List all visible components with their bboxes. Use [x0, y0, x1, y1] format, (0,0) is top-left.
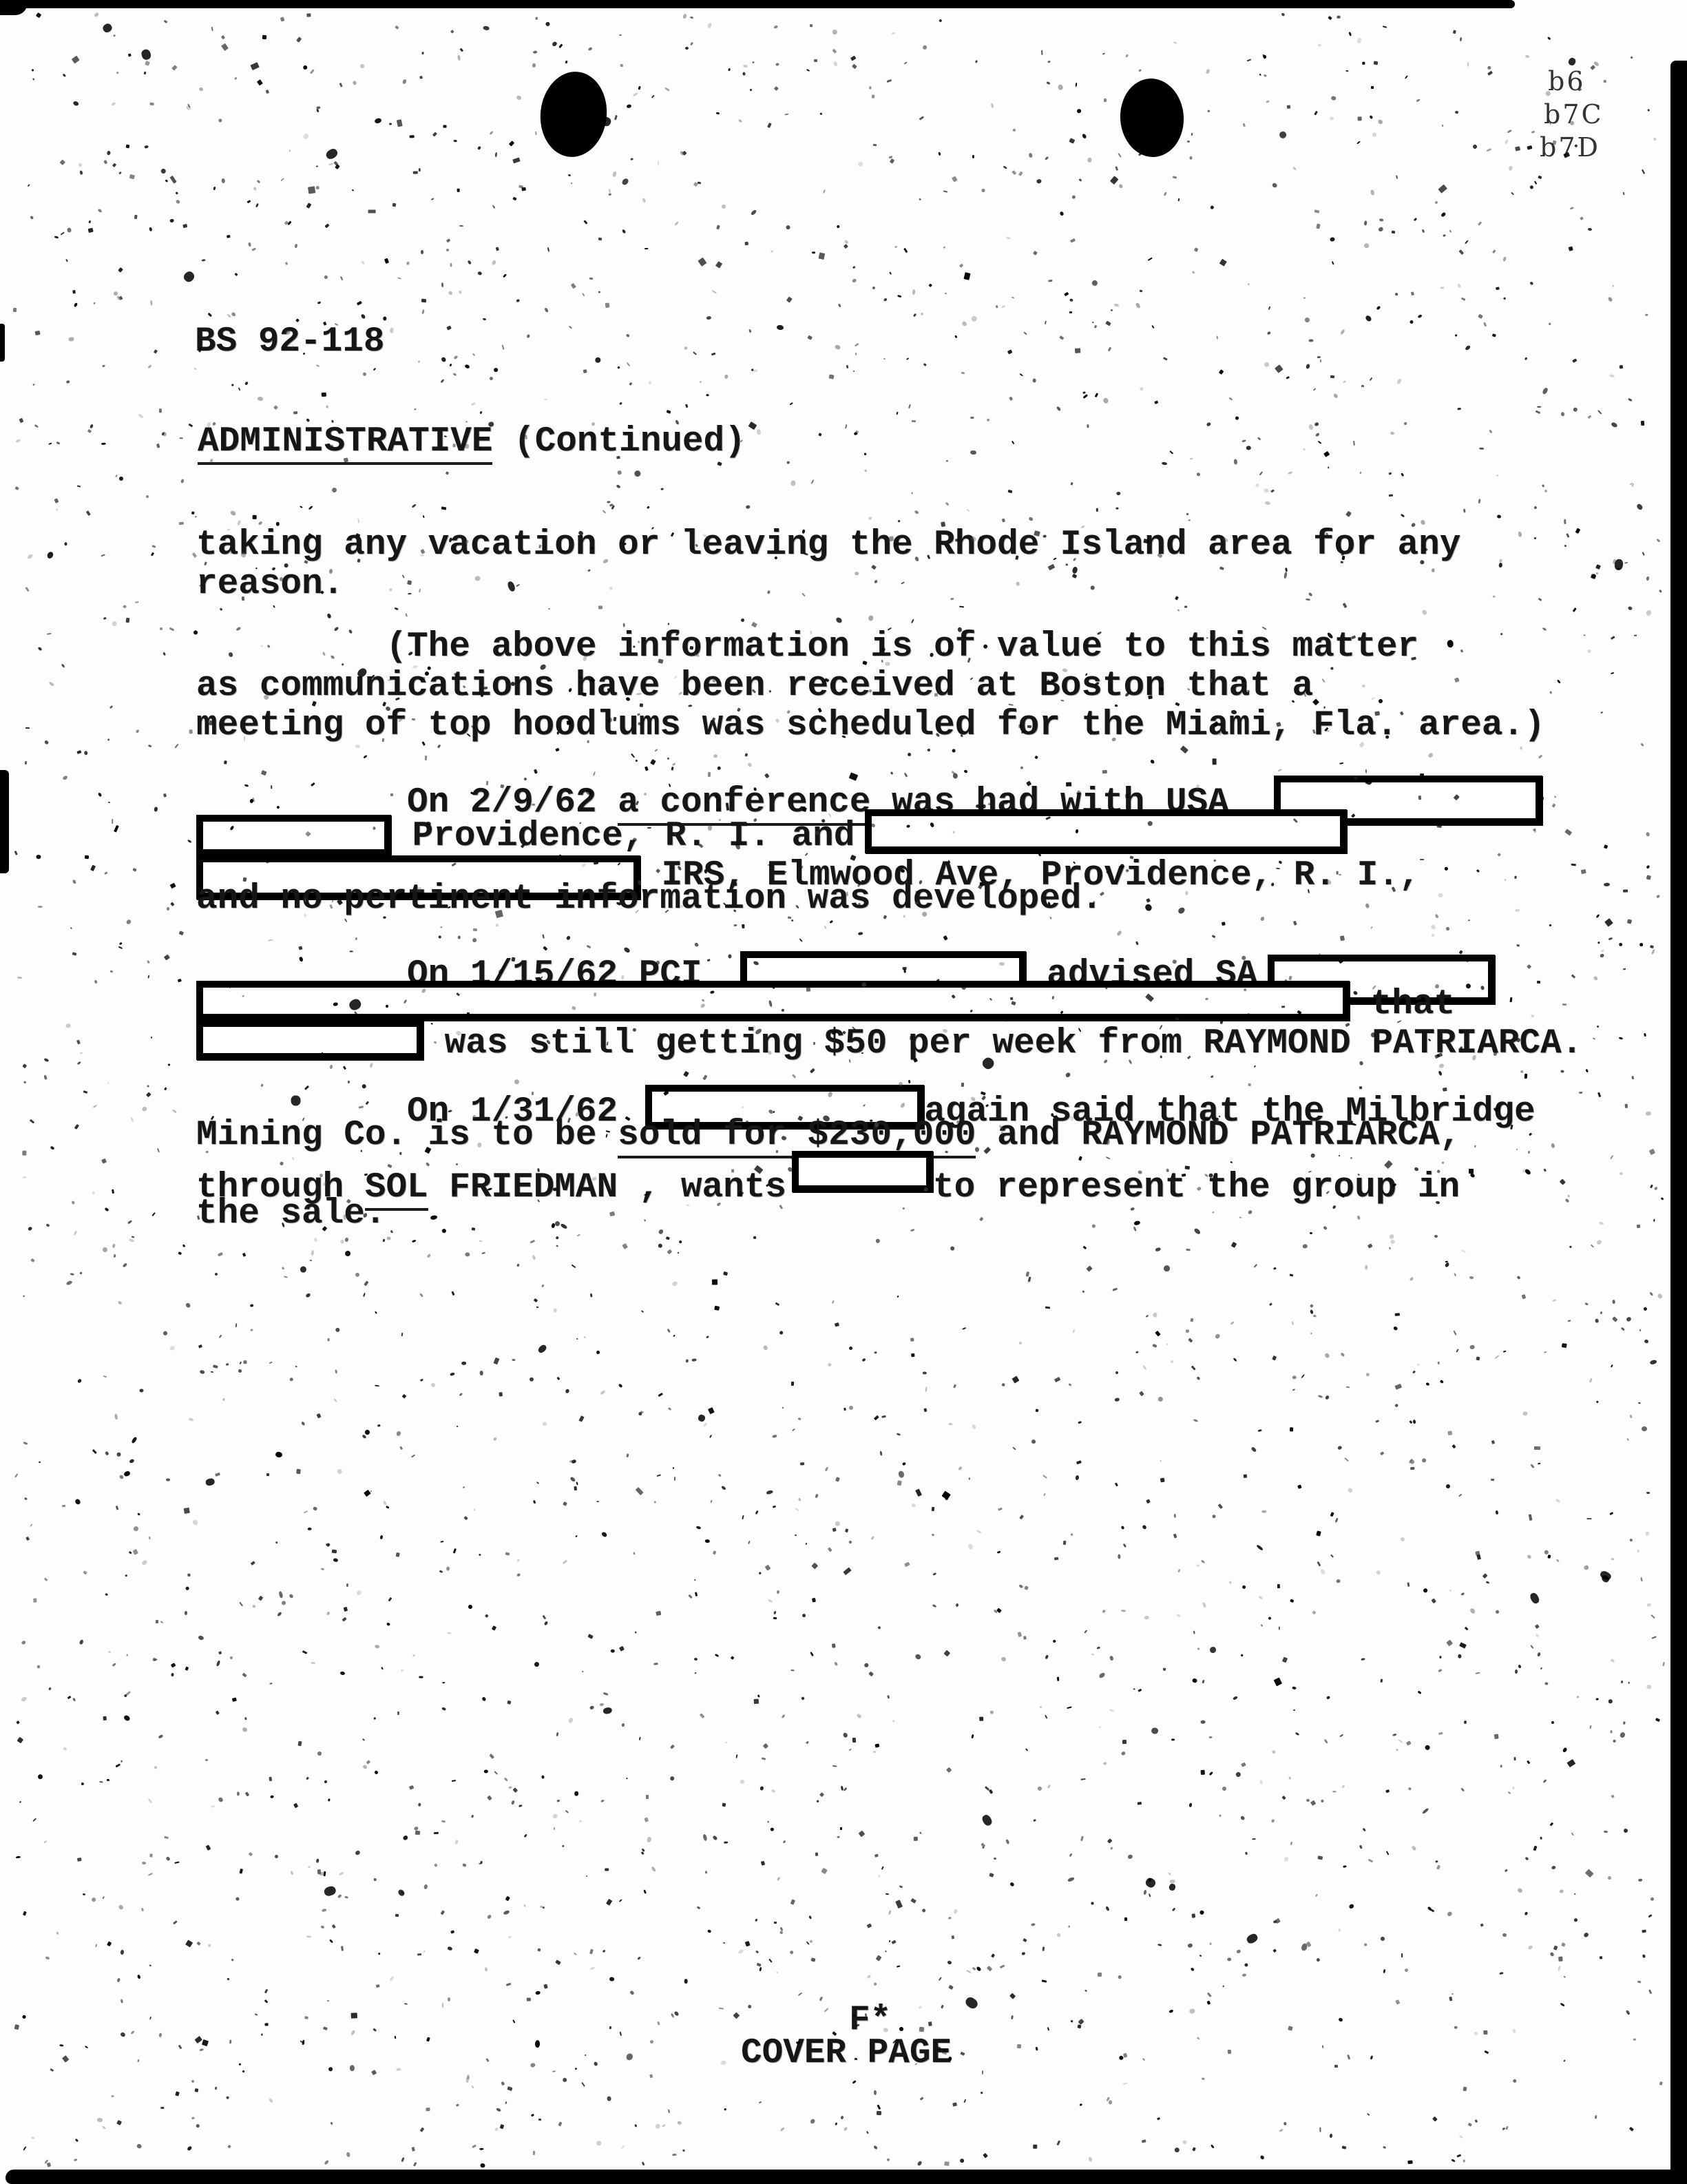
noise-speck [1530, 185, 1534, 189]
noise-speck [1502, 1350, 1506, 1352]
noise-speck [21, 1063, 26, 1068]
noise-speck [419, 2127, 424, 2132]
noise-speck [1540, 1667, 1542, 1670]
noise-speck [518, 185, 523, 188]
noise-speck [466, 2077, 469, 2083]
noise-speck [952, 748, 956, 752]
noise-speck [1215, 1333, 1221, 1340]
noise-speck [707, 1930, 711, 1934]
noise-speck [331, 486, 338, 493]
noise-speck [582, 1671, 584, 1673]
noise-speck [218, 118, 223, 123]
noise-speck [32, 1818, 36, 1822]
noise-speck [572, 1265, 576, 1269]
noise-speck [1662, 1661, 1664, 1665]
noise-speck [1544, 1351, 1547, 1353]
noise-speck [824, 2008, 828, 2013]
noise-speck [506, 580, 516, 592]
noise-speck [770, 1827, 774, 1831]
noise-speck [1529, 1514, 1533, 1521]
noise-speck [402, 79, 407, 84]
noise-speck [1007, 349, 1012, 355]
noise-speck [855, 572, 859, 575]
noise-speck [1500, 633, 1502, 636]
noise-speck [837, 225, 840, 229]
noise-speck [1495, 287, 1499, 290]
noise-speck [1219, 1815, 1222, 1817]
noise-speck [971, 315, 978, 322]
noise-speck [1071, 566, 1078, 574]
noise-speck [107, 1650, 111, 1654]
noise-speck [24, 760, 27, 764]
noise-speck [16, 439, 21, 443]
noise-speck [417, 1953, 421, 1956]
noise-speck [340, 1239, 344, 1243]
noise-speck [1162, 1265, 1171, 1273]
noise-speck [240, 1869, 243, 1874]
noise-speck [144, 145, 148, 148]
noise-speck [1482, 1573, 1487, 1579]
noise-speck [619, 402, 622, 405]
noise-speck [389, 1975, 395, 1982]
noise-speck [423, 1884, 428, 1890]
noise-speck [1078, 2019, 1084, 2025]
noise-speck [548, 608, 550, 610]
noise-speck [1317, 356, 1320, 358]
noise-speck [512, 2019, 515, 2024]
noise-speck [1503, 257, 1507, 262]
noise-speck [941, 2005, 943, 2009]
noise-speck [576, 1481, 578, 1485]
noise-speck [625, 2052, 634, 2062]
noise-speck [1569, 248, 1572, 251]
noise-speck [582, 2082, 586, 2087]
noise-speck [1483, 322, 1487, 326]
noise-speck [1624, 561, 1628, 563]
noise-speck [1287, 105, 1291, 109]
noise-speck [32, 78, 34, 81]
noise-speck [1395, 1749, 1398, 1752]
noise-speck [748, 1541, 751, 1544]
noise-speck [149, 103, 154, 105]
noise-speck [885, 1951, 887, 1953]
noise-speck [1437, 893, 1443, 897]
noise-speck [396, 2068, 401, 2071]
noise-speck [596, 1501, 598, 1502]
noise-speck [472, 1227, 475, 1230]
noise-speck [1018, 1584, 1023, 1588]
noise-speck [1644, 1033, 1646, 1037]
noise-speck [324, 1871, 326, 1876]
noise-speck [560, 1223, 568, 1229]
noise-speck [611, 505, 615, 510]
noise-speck [748, 422, 757, 430]
noise-speck [1551, 1143, 1555, 1149]
noise-speck [1190, 457, 1193, 459]
noise-speck [1094, 325, 1097, 329]
text-run: and RAYMOND PATRIARCA, [976, 1116, 1460, 1155]
noise-speck [1522, 1168, 1527, 1173]
noise-speck [682, 13, 687, 19]
noise-speck [1434, 201, 1438, 205]
noise-speck [915, 1488, 922, 1496]
noise-speck [148, 1798, 153, 1804]
noise-speck [23, 1442, 28, 1445]
noise-speck [725, 1741, 728, 1744]
noise-speck [800, 1463, 805, 1466]
noise-speck [322, 1909, 327, 1912]
noise-speck [283, 1276, 287, 1278]
noise-speck [1648, 1989, 1652, 1995]
noise-speck [107, 738, 109, 741]
noise-speck [362, 372, 366, 377]
noise-speck [711, 353, 716, 355]
noise-speck [533, 2151, 535, 2155]
noise-speck [1069, 138, 1075, 144]
noise-speck [1339, 1734, 1344, 1738]
noise-speck [958, 1466, 963, 1471]
noise-speck [17, 1736, 23, 1743]
noise-speck [1339, 2017, 1344, 2022]
body-line: as communications have been received at … [196, 667, 1313, 706]
noise-speck [1192, 2147, 1196, 2152]
noise-speck [1561, 412, 1565, 417]
noise-speck [62, 775, 68, 780]
noise-speck [273, 605, 275, 608]
noise-speck [1037, 1786, 1042, 1791]
noise-speck [1604, 918, 1613, 927]
noise-speck [1272, 183, 1278, 189]
noise-speck [19, 1800, 22, 1803]
noise-speck [832, 1643, 836, 1647]
noise-speck [1096, 1647, 1100, 1650]
noise-speck [1209, 1771, 1213, 1776]
noise-speck [277, 1612, 282, 1617]
noise-speck [1449, 1997, 1452, 2001]
noise-speck [330, 2122, 333, 2125]
noise-speck [74, 302, 78, 307]
noise-speck [1330, 2134, 1332, 2138]
noise-speck [230, 510, 237, 516]
noise-speck [468, 260, 472, 264]
noise-speck [774, 86, 779, 91]
noise-speck [178, 2044, 182, 2049]
noise-speck [852, 266, 856, 269]
noise-speck [622, 1243, 629, 1249]
noise-speck [88, 228, 94, 233]
noise-speck [1120, 1526, 1124, 1530]
noise-speck [1177, 1569, 1180, 1572]
noise-speck [123, 1470, 130, 1477]
noise-speck [1475, 2119, 1478, 2123]
noise-speck [1291, 1321, 1293, 1324]
noise-speck [1142, 1365, 1146, 1370]
noise-speck [878, 1874, 881, 1878]
noise-speck [103, 1716, 107, 1720]
noise-speck [172, 65, 178, 71]
noise-speck [177, 1251, 182, 1256]
noise-speck [1394, 1404, 1398, 1408]
noise-speck [904, 248, 908, 253]
noise-speck [798, 1417, 801, 1420]
noise-speck [340, 276, 343, 280]
noise-speck [479, 2148, 483, 2150]
noise-speck [170, 883, 176, 888]
noise-speck [1359, 1845, 1363, 1849]
noise-speck [541, 1285, 545, 1288]
noise-speck [1253, 1065, 1255, 1068]
noise-speck [297, 1740, 302, 1746]
noise-speck [1196, 1564, 1200, 1568]
noise-speck [1611, 672, 1615, 675]
noise-speck [426, 1254, 431, 1258]
noise-speck [1142, 2057, 1145, 2060]
noise-speck [123, 1714, 131, 1721]
noise-speck [1222, 922, 1226, 926]
noise-speck [332, 1550, 337, 1554]
noise-speck [1407, 1583, 1410, 1587]
noise-speck [872, 286, 876, 289]
noise-speck [192, 1519, 199, 1526]
noise-speck [1263, 361, 1270, 368]
noise-speck [630, 1990, 636, 1995]
noise-speck [820, 112, 823, 115]
noise-speck [258, 79, 264, 85]
noise-speck [306, 418, 310, 422]
noise-speck [465, 1253, 470, 1257]
body-line: and no pertinent information was develop… [196, 880, 1102, 919]
noise-speck [961, 371, 965, 373]
noise-speck [1364, 1943, 1368, 1946]
noise-speck [685, 47, 689, 50]
noise-speck [1253, 1264, 1257, 1268]
noise-speck [716, 225, 720, 229]
noise-speck [1211, 2144, 1215, 2148]
noise-speck [1082, 391, 1085, 393]
noise-speck [1394, 1313, 1399, 1316]
noise-speck [636, 1487, 644, 1495]
noise-speck [562, 1560, 567, 1565]
noise-speck [191, 2079, 195, 2083]
noise-speck [1401, 1537, 1405, 1542]
noise-speck [1584, 1566, 1589, 1570]
noise-speck [1306, 599, 1310, 601]
noise-speck [1138, 1801, 1142, 1805]
noise-speck [777, 1876, 781, 1880]
noise-speck [629, 382, 633, 386]
noise-speck [557, 1799, 560, 1802]
noise-speck [759, 1786, 764, 1791]
noise-speck [1646, 609, 1653, 616]
noise-speck [164, 1836, 169, 1839]
noise-speck [808, 1915, 812, 1920]
noise-speck [244, 1717, 247, 1720]
noise-speck [682, 151, 687, 155]
noise-speck [1642, 1929, 1646, 1932]
noise-speck [87, 429, 92, 433]
noise-speck [653, 1501, 656, 1504]
noise-speck [1104, 1906, 1109, 1911]
noise-speck [1600, 953, 1605, 958]
noise-speck [1641, 742, 1644, 746]
noise-speck [1173, 176, 1177, 179]
noise-speck [920, 2097, 924, 2100]
noise-speck [341, 1946, 343, 1951]
noise-speck [45, 2159, 50, 2164]
noise-speck [115, 1764, 120, 1768]
noise-speck [634, 2124, 637, 2128]
noise-speck [1370, 377, 1373, 381]
noise-speck [1388, 1234, 1394, 1240]
noise-speck [198, 1344, 202, 1348]
noise-speck [1513, 1757, 1516, 1760]
noise-speck [905, 357, 909, 360]
noise-speck [552, 1813, 558, 1820]
noise-speck [810, 479, 814, 484]
noise-speck [1529, 281, 1534, 286]
noise-speck [1193, 1631, 1195, 1634]
scan-edge-bottom [6, 2170, 1683, 2184]
noise-speck [1483, 2030, 1488, 2035]
noise-speck [79, 1272, 82, 1275]
noise-speck [258, 1596, 263, 1601]
noise-speck [221, 35, 225, 39]
noise-speck [134, 215, 137, 220]
noise-speck [1028, 1277, 1031, 1282]
noise-speck [787, 461, 790, 464]
noise-speck [355, 1850, 361, 1856]
noise-speck [1554, 795, 1556, 798]
noise-speck [767, 123, 772, 128]
noise-speck [1528, 1150, 1530, 1153]
noise-speck [1459, 2135, 1463, 2139]
noise-speck [151, 552, 154, 556]
noise-speck [598, 605, 602, 610]
noise-speck [211, 1805, 215, 1808]
noise-speck [448, 290, 453, 295]
noise-speck [590, 1966, 596, 1970]
noise-speck [1091, 1654, 1094, 1656]
noise-speck [1177, 609, 1180, 612]
noise-speck [227, 1978, 229, 1980]
noise-speck [1429, 1908, 1434, 1912]
noise-speck [157, 1148, 160, 1152]
noise-speck [1427, 752, 1434, 758]
noise-speck [658, 1393, 663, 1397]
noise-speck [1042, 1946, 1045, 1951]
noise-speck [315, 165, 317, 167]
noise-speck [950, 598, 954, 601]
noise-speck [562, 1845, 565, 1848]
noise-speck [1469, 1345, 1475, 1350]
noise-speck [1309, 339, 1314, 342]
noise-speck [1218, 1504, 1223, 1509]
noise-speck [96, 2117, 102, 2121]
noise-speck [964, 272, 971, 280]
noise-speck [1155, 1247, 1161, 1252]
noise-speck [1341, 1784, 1345, 1788]
noise-speck [36, 1665, 40, 1668]
noise-speck [1316, 1958, 1320, 1962]
noise-speck [631, 753, 635, 758]
noise-speck [364, 1489, 370, 1496]
noise-speck [160, 2107, 164, 2109]
noise-speck [585, 2054, 587, 2056]
noise-speck [1502, 2127, 1506, 2130]
noise-speck [1191, 1366, 1196, 1371]
noise-speck [1435, 914, 1439, 919]
noise-speck [442, 2003, 443, 2008]
noise-speck [513, 157, 521, 163]
noise-speck [1464, 1720, 1467, 1724]
noise-speck [1613, 1739, 1615, 1742]
noise-speck [421, 52, 423, 55]
noise-speck [175, 199, 180, 204]
noise-speck [1161, 461, 1167, 465]
noise-speck [832, 29, 838, 35]
noise-speck [336, 1468, 343, 1475]
noise-speck [897, 1965, 901, 1967]
noise-speck [741, 618, 744, 622]
noise-speck [386, 1236, 391, 1240]
noise-speck [892, 32, 895, 34]
noise-speck [1241, 1585, 1246, 1590]
noise-speck [1564, 1976, 1566, 1979]
noise-speck [1275, 1918, 1281, 1924]
noise-speck [620, 178, 629, 187]
noise-speck [1313, 388, 1317, 391]
noise-speck [902, 1462, 906, 1466]
noise-speck [853, 371, 855, 372]
noise-speck [14, 2024, 19, 2030]
noise-speck [724, 374, 729, 378]
noise-speck [198, 1634, 204, 1640]
noise-speck [1624, 889, 1628, 892]
noise-speck [1045, 320, 1047, 324]
noise-speck [310, 1259, 312, 1261]
noise-speck [841, 2115, 844, 2119]
noise-speck [1516, 1276, 1521, 1280]
noise-speck [1406, 1740, 1412, 1746]
noise-speck [1261, 54, 1266, 59]
noise-speck [617, 366, 620, 369]
noise-speck [1164, 1668, 1166, 1672]
noise-speck [117, 1452, 121, 1456]
noise-speck [1461, 1592, 1465, 1596]
noise-speck [1155, 1331, 1160, 1336]
noise-speck [1356, 141, 1361, 145]
noise-speck [167, 907, 170, 911]
noise-speck [499, 1392, 503, 1397]
noise-speck [85, 510, 90, 516]
noise-speck [275, 1451, 282, 1458]
noise-speck [819, 253, 825, 260]
noise-speck [422, 515, 425, 519]
noise-speck [1560, 2002, 1564, 2006]
noise-speck [1365, 904, 1370, 909]
noise-speck [169, 627, 174, 631]
noise-speck [1187, 1943, 1193, 1948]
noise-speck [874, 2090, 877, 2095]
noise-speck [1604, 1831, 1608, 1833]
noise-speck [1209, 1647, 1217, 1654]
noise-speck [834, 1661, 839, 1667]
noise-speck [333, 160, 338, 165]
noise-speck [689, 17, 693, 19]
noise-speck [441, 357, 446, 363]
noise-speck [1259, 471, 1263, 476]
noise-speck [1613, 1300, 1615, 1304]
